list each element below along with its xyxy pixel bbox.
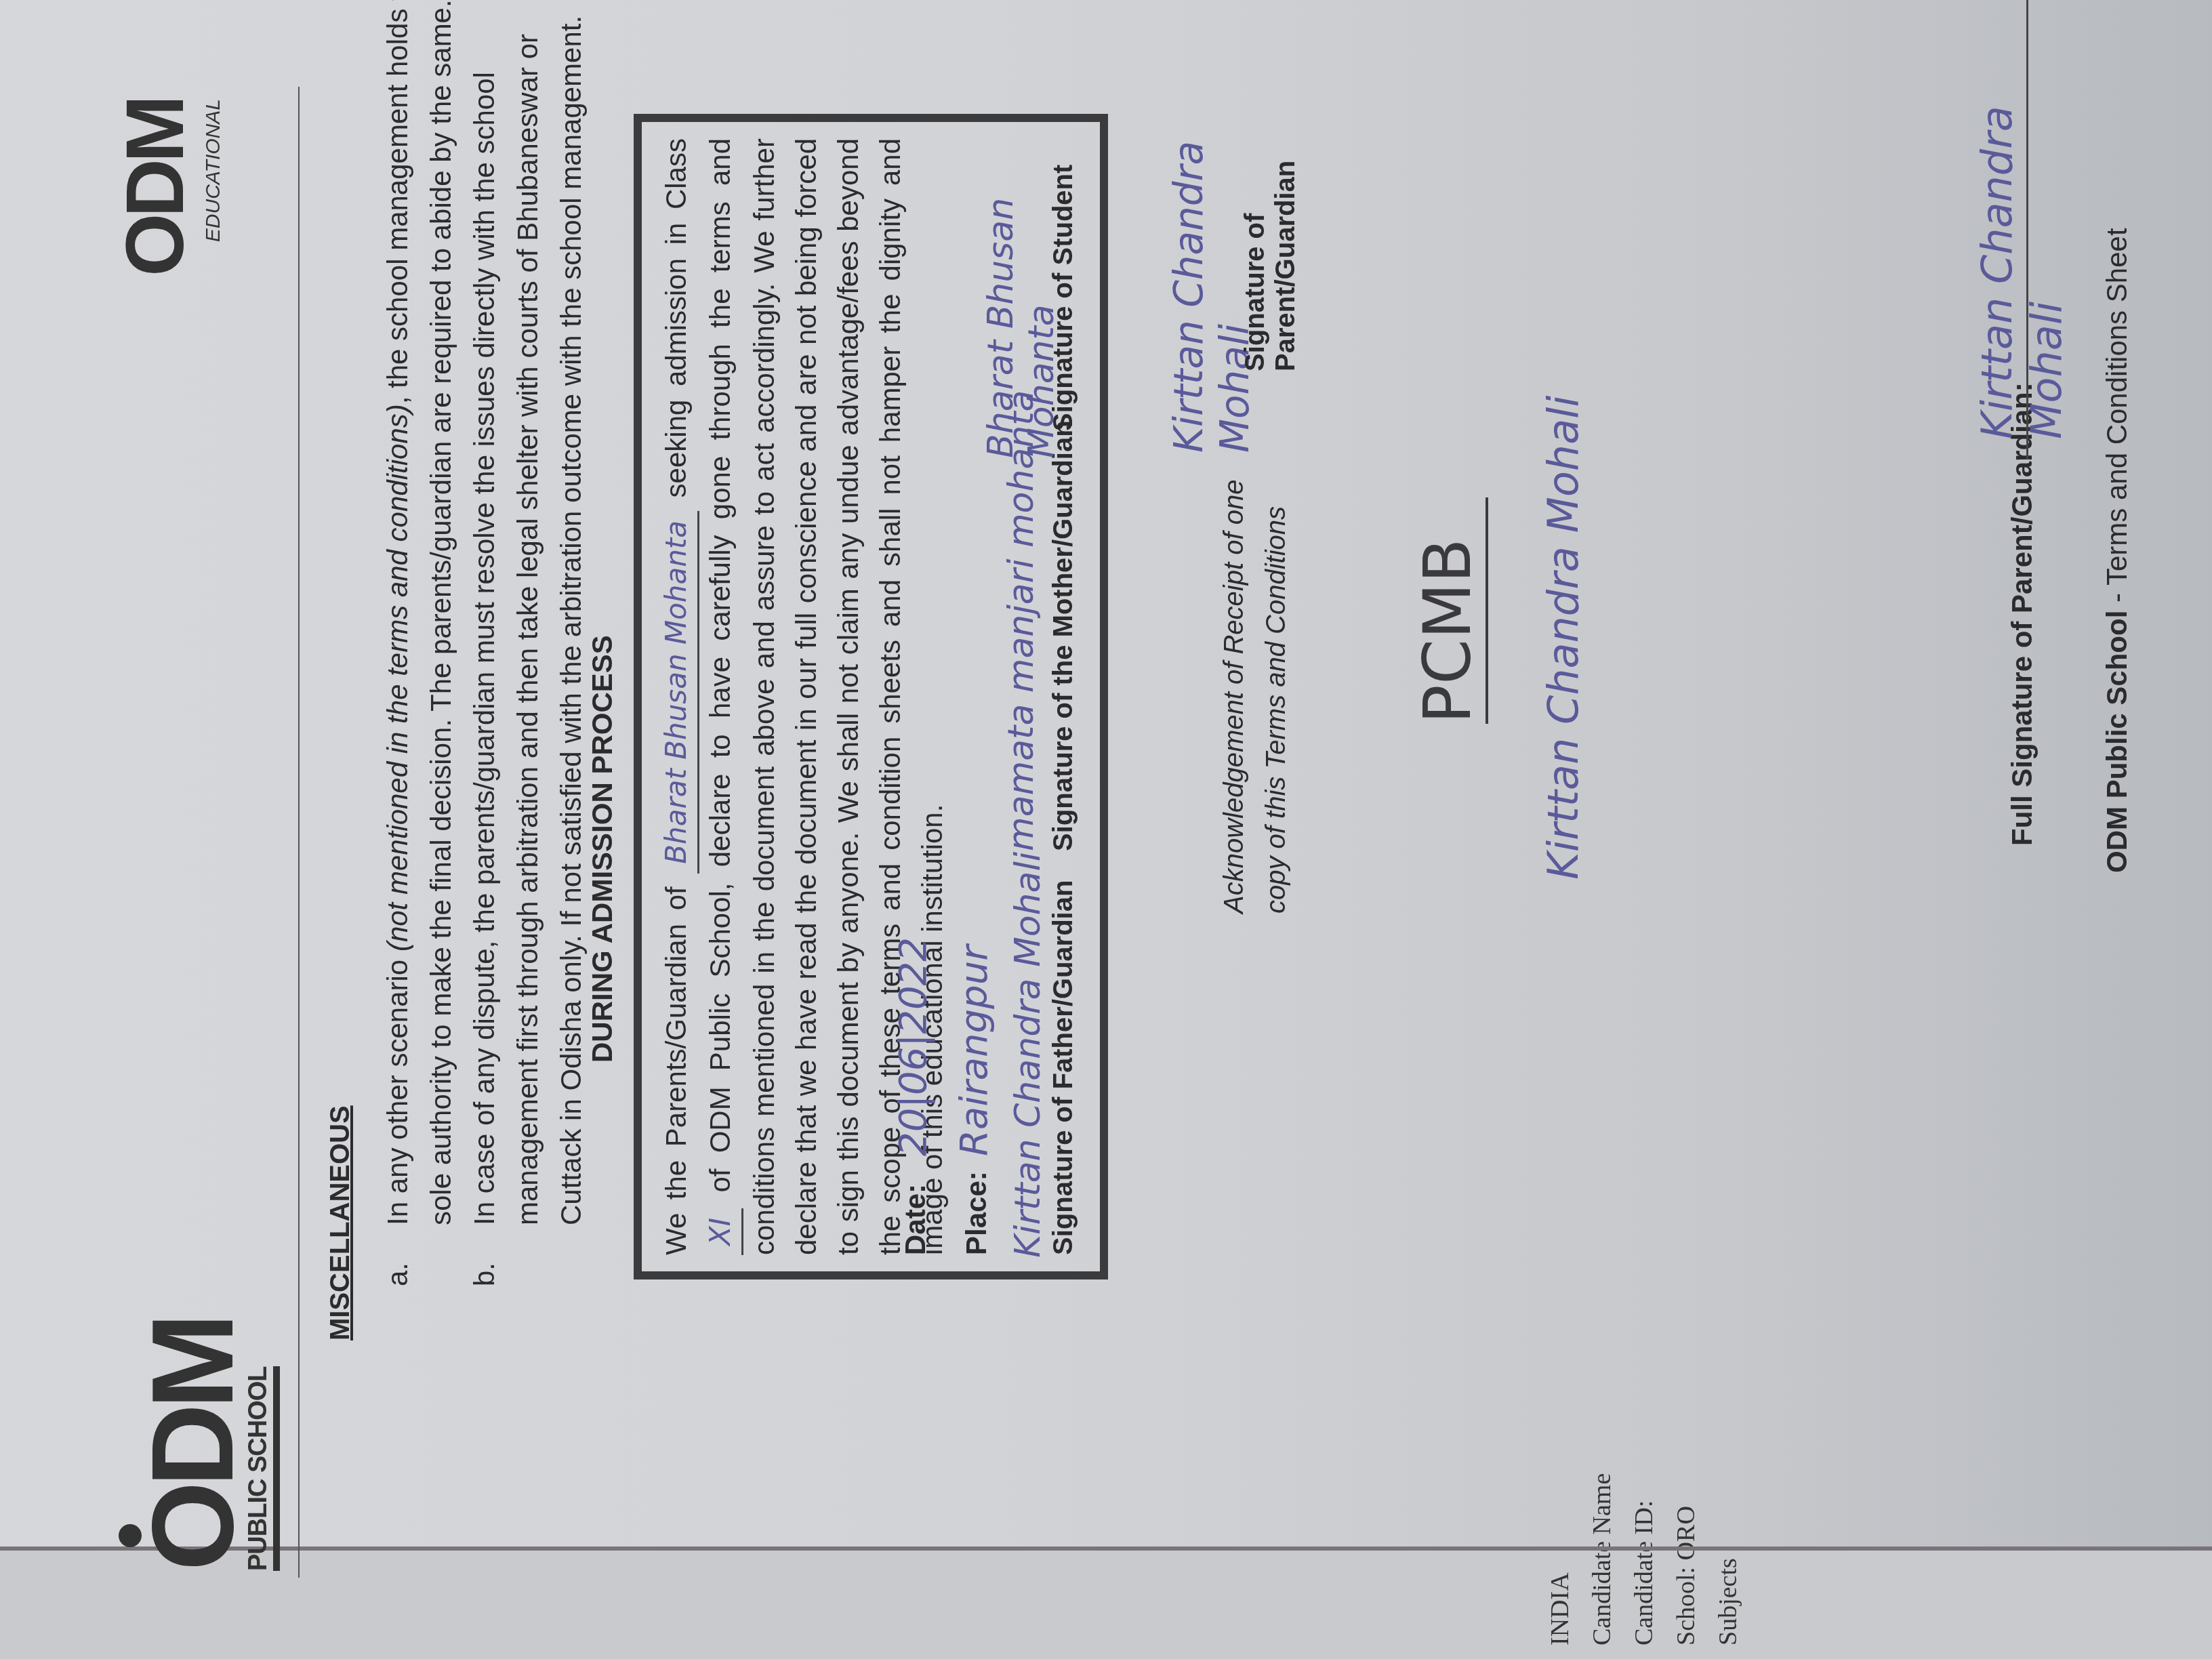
place-field[interactable]: Rairangpur xyxy=(952,945,996,1156)
date-field[interactable]: 20|06|2022 xyxy=(891,937,935,1156)
student-signature-label: Signature of Student xyxy=(1048,165,1079,431)
footer-school-name: ODM Public School xyxy=(2101,611,2133,873)
item-label: b. xyxy=(463,1263,506,1286)
terms-sheet: ODM PUBLIC SCHOOL ODM EDUCATIONAL MISCEL… xyxy=(0,0,2212,1659)
item-text: In any other scenario xyxy=(382,951,413,1225)
list-item: a. In any other scenario (not mentioned … xyxy=(376,0,463,1286)
list-item: b. In case of any dispute, the parents/g… xyxy=(463,0,593,1286)
section-title: MISCELLANEOUS xyxy=(325,1105,356,1340)
footer: ODM Public School - Terms and Conditions… xyxy=(2101,228,2133,873)
stream-note: PCMB xyxy=(1410,497,1488,724)
header-rule xyxy=(298,87,300,1578)
document-photo: INDIA Candidate Name Candidate ID: Schoo… xyxy=(0,0,2212,1659)
declaration-middle: seeking admission in Class xyxy=(660,138,692,497)
place-label: Place: xyxy=(960,1171,993,1255)
declaration-box: We the Parents/Guardian of Bharat Bhusan… xyxy=(634,114,1108,1279)
class-field[interactable]: XI xyxy=(699,1208,743,1255)
acknowledgement-text: Acknowledgement of Receipt of one copy o… xyxy=(1213,480,1297,914)
declaration-prefix: We the Parents/Guardian of xyxy=(660,886,692,1255)
item-text: In case of any dispute, the parents/guar… xyxy=(468,16,587,1225)
parent-signature-label: Signature of Parent/Guardian xyxy=(1240,0,1301,371)
item-text-italic: (not mentioned in the terms and conditio… xyxy=(382,404,413,951)
acknowledgement-line: Acknowledgement of Receipt of one xyxy=(1213,480,1255,914)
logo-figure-icon xyxy=(119,1524,142,1547)
odm-public-school-logo: ODM PUBLIC SCHOOL xyxy=(142,1347,298,1571)
logo-subtext: EDUCATIONAL xyxy=(202,99,225,276)
item-label: a. xyxy=(376,1263,419,1286)
full-signature-field[interactable]: Kirttan Chandra Mohali xyxy=(1972,0,2071,439)
mother-signature-label: Signature of the Mother/Guardian xyxy=(1048,420,1079,851)
stream-signature: Kirttan Chandra Mohali xyxy=(1538,395,1588,880)
father-signature-label: Signature of Father/Guardian xyxy=(1048,880,1079,1255)
full-signature-label: Full Signature of Parent/Guardian: xyxy=(2006,382,2039,846)
logo-mark: ODM xyxy=(142,1347,244,1571)
date-label: Date: xyxy=(899,1184,932,1255)
admission-title: DURING ADMISSION PROCESS xyxy=(586,635,619,1063)
student-name-field[interactable]: Bharat Bhusan Mohanta xyxy=(655,511,699,874)
odm-educational-logo: ODM EDUCATIONAL xyxy=(108,99,225,276)
mother-signature[interactable]: mamata manjari mohanta xyxy=(1001,390,1042,851)
logo-mark: ODM xyxy=(108,99,202,276)
logo-subtext: PUBLIC SCHOOL xyxy=(244,1366,280,1571)
misc-list: a. In any other scenario (not mentioned … xyxy=(376,0,593,1286)
father-signature[interactable]: Kirttan Chandra Mohali xyxy=(1008,852,1048,1258)
acknowledgement-line: copy of this Terms and Conditions xyxy=(1255,480,1297,914)
footer-title: - Terms and Conditions Sheet xyxy=(2101,228,2133,610)
